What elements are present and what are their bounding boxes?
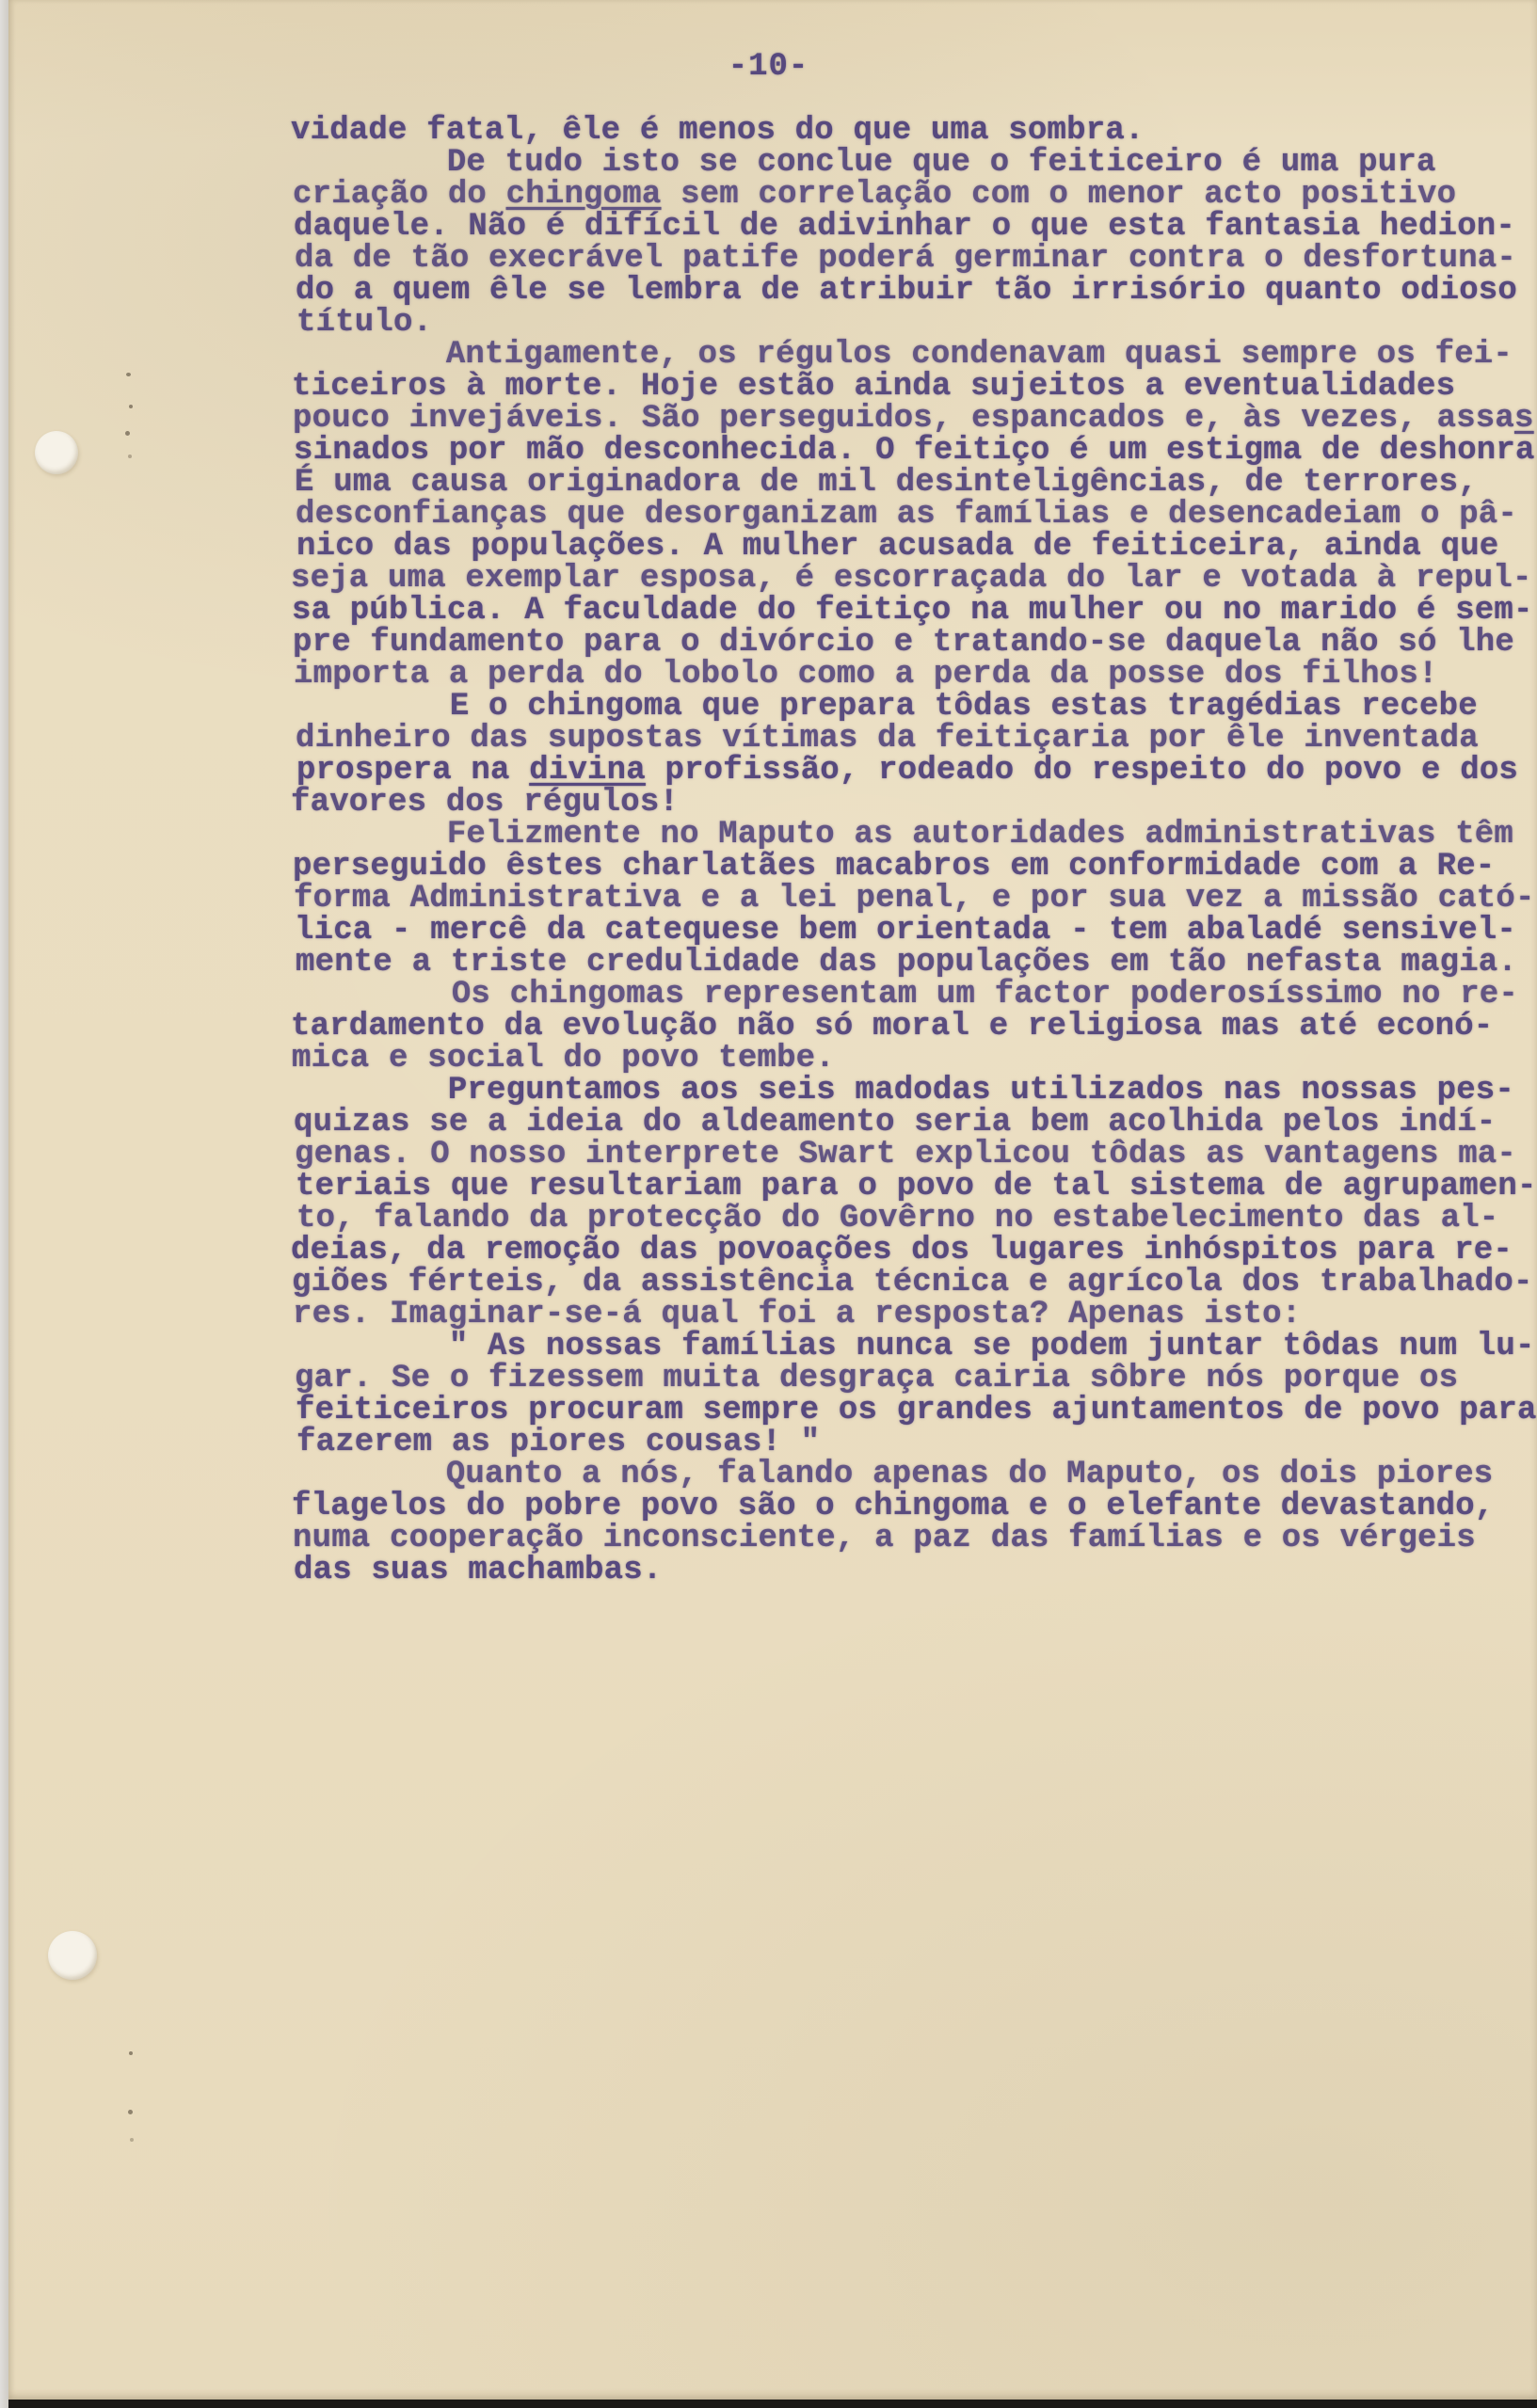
text-line: favores dos régulos! <box>291 787 1537 819</box>
text-line: lica - mercê da catequese bem orientada … <box>295 915 1537 947</box>
text-segment: Preguntamos aos seis madodas utilizados … <box>293 1073 1514 1108</box>
text-segment: sa pública. A faculdade do feitiço na mu… <box>292 593 1533 629</box>
text-line: numa cooperação inconsciente, a paz das … <box>293 1523 1537 1555</box>
text-line: E o chingoma que prepara tôdas estas tra… <box>295 691 1537 723</box>
text-segment: mente a triste credulidade das populaçõe… <box>296 945 1517 981</box>
text-segment: flagelos do pobre povo são o chingoma e … <box>292 1489 1494 1524</box>
text-line: Os chingomas representam um factor poder… <box>296 979 1537 1011</box>
text-line: daquele. Não é difícil de adivinhar o qu… <box>294 211 1537 243</box>
paper-speck <box>129 405 133 408</box>
text-line: quizas se a ideia do aldeamento seria be… <box>294 1107 1537 1139</box>
text-segment: É uma causa originadora de mil desinteli… <box>295 465 1478 501</box>
text-segment: " As nossas famílias nunca se podem junt… <box>294 1329 1535 1364</box>
text-line: seja uma exemplar esposa, é escorraçada … <box>291 563 1537 595</box>
text-line: genas. O nosso interprete Swart explicou… <box>295 1139 1537 1171</box>
text-segment: seja uma exemplar esposa, é escorraçada … <box>291 561 1532 597</box>
text-segment: das suas machambas. <box>294 1553 662 1588</box>
scanned-page: -10- vidade fatal, êle é menos do que um… <box>0 0 1537 2408</box>
text-segment: E o chingoma que prepara tôdas estas tra… <box>295 689 1478 725</box>
text-line: ticeiros à morte. Hoje estão ainda sujei… <box>292 371 1537 403</box>
text-line: dinheiro das supostas vítimas da feitiça… <box>296 723 1537 755</box>
text-segment: Os chingomas representam um factor poder… <box>296 977 1518 1013</box>
text-line: De tudo isto se conclue que o feiticeiro… <box>292 147 1537 179</box>
text-segment: Felizmente no Maputo as autoridades admi… <box>292 817 1513 853</box>
scanner-edge-left <box>0 0 8 2408</box>
text-segment: daquele. Não é difícil de adivinhar o qu… <box>294 209 1515 245</box>
text-segment: fazerem as piores cousas! " <box>296 1425 820 1460</box>
text-line: pre fundamento para o divórcio e tratand… <box>293 627 1537 659</box>
text-segment: to, falando da protecção do Govêrno no e… <box>296 1201 1498 1236</box>
text-segment: importa a perda do lobolo como a perda d… <box>294 657 1438 693</box>
text-line: importa a perda do lobolo como a perda d… <box>294 659 1537 691</box>
text-segment: lica - mercê da catequese bem orientada … <box>295 913 1516 949</box>
text-segment: quizas se a ideia do aldeamento seria be… <box>294 1105 1496 1140</box>
text-segment: giões férteis, da assistência técnica e … <box>292 1265 1533 1300</box>
text-line: Antigamente, os régulos condenavam quasi… <box>291 339 1537 371</box>
paper-speck <box>129 2051 133 2055</box>
text-segment: perseguido êstes charlatães macabros em … <box>293 849 1495 885</box>
punch-hole-bottom <box>48 1931 97 1980</box>
text-segment: feiticeiros procuram sempre os grandes a… <box>296 1393 1537 1428</box>
text-segment: pouco invejáveis. São perseguidos, espan… <box>293 401 1514 437</box>
punch-hole-top <box>35 431 78 474</box>
text-segment: De tudo isto se conclue que o feiticeiro… <box>292 145 1436 181</box>
paper-speck <box>128 454 132 458</box>
text-line: mica e social do povo tembe. <box>292 1043 1537 1075</box>
text-segment: título. <box>296 305 432 341</box>
text-line: título. <box>296 307 1537 339</box>
text-line: prospera na divina profissão, rodeado do… <box>296 755 1537 787</box>
text-segment: teriais que resultariam para o povo de t… <box>296 1169 1537 1204</box>
text-line: res. Imaginar-se-á qual foi a resposta? … <box>293 1299 1537 1331</box>
text-line: Felizmente no Maputo as autoridades admi… <box>292 819 1537 851</box>
text-segment: nico das populações. A mulher acusada de… <box>296 529 1498 565</box>
text-line: das suas machambas. <box>294 1555 1537 1587</box>
text-segment: ticeiros à morte. Hoje estão ainda sujei… <box>292 369 1455 405</box>
text-segment: vidade fatal, êle é menos do que uma som… <box>291 113 1145 149</box>
underlined-word: divina <box>529 753 646 789</box>
page-text: vidade fatal, êle é menos do que uma som… <box>294 115 1537 1587</box>
text-line: deias, da remoção das povoações dos luga… <box>291 1235 1537 1267</box>
text-line: pouco invejáveis. São perseguidos, espan… <box>293 403 1537 435</box>
text-line: feiticeiros procuram sempre os grandes a… <box>296 1395 1537 1427</box>
text-line: do a quem êle se lembra de atribuir tão … <box>296 275 1537 307</box>
text-segment: favores dos régulos! <box>291 785 679 821</box>
text-line: perseguido êstes charlatães macabros em … <box>293 851 1537 883</box>
text-line: Preguntamos aos seis madodas utilizados … <box>293 1075 1537 1107</box>
text-segment: tardamento da evolução não só moral e re… <box>291 1009 1493 1045</box>
page-number: -10- <box>0 51 1537 83</box>
text-segment: prospera na <box>296 753 529 789</box>
paper-speck <box>128 2110 133 2114</box>
text-segment: numa cooperação inconsciente, a paz das … <box>293 1521 1476 1556</box>
text-line: sa pública. A faculdade do feitiço na mu… <box>292 595 1537 627</box>
text-segment: deias, da remoção das povoações dos luga… <box>291 1233 1513 1268</box>
underlined-word: chingoma <box>506 177 662 213</box>
text-segment: mica e social do povo tembe. <box>292 1041 835 1076</box>
text-segment: Antigamente, os régulos condenavam quasi… <box>291 337 1513 373</box>
text-line: mente a triste credulidade das populaçõe… <box>296 947 1537 979</box>
text-segment: genas. O nosso interprete Swart explicou… <box>295 1137 1516 1172</box>
text-line: forma Administrativa e a lei penal, e po… <box>294 883 1537 915</box>
text-segment: criação do <box>293 177 506 213</box>
text-line: Quanto a nós, falando apenas do Maputo, … <box>291 1459 1537 1491</box>
text-segment: gar. Se o fizessem muita desgraça cairia… <box>295 1361 1458 1396</box>
text-line: gar. Se o fizessem muita desgraça cairia… <box>295 1363 1537 1395</box>
text-segment: do a quem êle se lembra de atribuir tão … <box>296 273 1517 309</box>
text-line: criação do chingoma sem correlação com o… <box>293 179 1537 211</box>
text-segment: pre fundamento para o divórcio e tratand… <box>293 625 1514 661</box>
text-line: fazerem as piores cousas! " <box>296 1427 1537 1459</box>
text-segment: sem correlação com o menor acto positivo <box>661 177 1456 213</box>
text-line: to, falando da protecção do Govêrno no e… <box>296 1203 1537 1235</box>
text-segment: da de tão execrável patife poderá germin… <box>295 241 1516 277</box>
text-segment: res. Imaginar-se-á qual foi a resposta? … <box>293 1297 1301 1332</box>
text-line: flagelos do pobre povo são o chingoma e … <box>292 1491 1537 1523</box>
text-line: tardamento da evolução não só moral e re… <box>291 1011 1537 1043</box>
text-segment: Quanto a nós, falando apenas do Maputo, … <box>291 1457 1493 1492</box>
paper-speck <box>125 431 130 436</box>
text-line: sinados por mão desconhecida. O feitiço … <box>294 435 1537 467</box>
text-segment: dinheiro das supostas vítimas da feitiça… <box>296 721 1479 757</box>
text-segment: sinados por mão desconhecida. O feitiço … <box>294 433 1537 469</box>
paper-speck <box>130 2138 134 2142</box>
text-line: É uma causa originadora de mil desinteli… <box>295 467 1537 499</box>
paper-speck <box>126 373 131 376</box>
text-line: giões férteis, da assistência técnica e … <box>292 1267 1537 1299</box>
text-line: teriais que resultariam para o povo de t… <box>296 1171 1537 1203</box>
text-segment: forma Administrativa e a lei penal, e po… <box>294 881 1535 917</box>
text-line: da de tão execrável patife poderá germin… <box>295 243 1537 275</box>
text-line: " As nossas famílias nunca se podem junt… <box>294 1331 1537 1363</box>
text-segment: profissão, rodeado do respeito do povo e… <box>646 753 1518 789</box>
text-line: nico das populações. A mulher acusada de… <box>296 531 1537 563</box>
underlined-word: s <box>1514 401 1534 437</box>
text-line: vidade fatal, êle é menos do que uma som… <box>291 115 1537 147</box>
text-line: desconfianças que desorganizam as famíli… <box>296 499 1537 531</box>
text-segment: desconfianças que desorganizam as famíli… <box>296 497 1517 533</box>
